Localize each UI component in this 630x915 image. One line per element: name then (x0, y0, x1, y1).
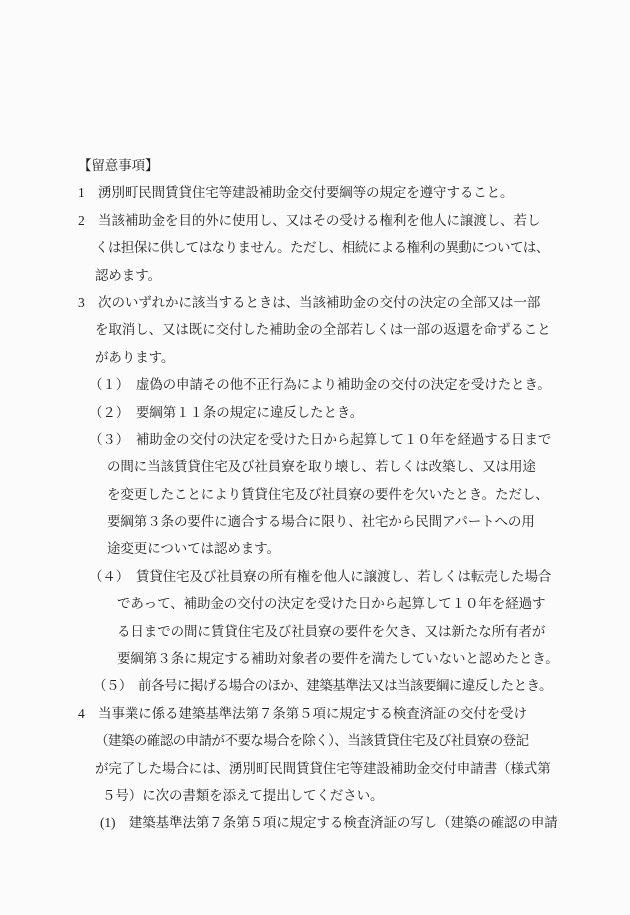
doc-line-item3-sub4-cont2: る日までの間に賃貸住宅及び社員寮の要件を欠き、又は新たな所有者が (117, 618, 630, 645)
doc-line-item3-sub3-cont2: を変更したことにより賃貸住宅及び社員寮の要件を欠いたとき。ただし、 (107, 481, 630, 508)
doc-line-item3-sub3-cont1: の間に当該賃貸住宅及び社員寮を取り壊し、若しくは改築し、又は用途 (107, 453, 630, 480)
doc-line-item2-cont1: くは担保に供してはなりません。ただし、相続による権利の異動については、 (95, 234, 630, 261)
doc-line-item3-sub5: （５） 前各号に掲げる場合のほか、建築基準法又は当該要綱に違反したとき。 (93, 672, 630, 699)
doc-line-item4-sub1: (1) 建築基準法第７条第５項に規定する検査済証の写し（建築の確認の申請 (100, 809, 630, 836)
document-page: 【留意事項】 1 湧別町民間賃貸住宅等建設補助金交付要綱等の規定を遵守すること。… (0, 0, 630, 915)
doc-line-item3-sub3-cont3: 要綱第３条の要件に適合する場合に限り、社宅から民間アパートへの用 (107, 508, 630, 535)
doc-line-item3-sub3-cont4: 途変更については認めます。 (107, 535, 630, 562)
doc-line-item4: 4 当事業に係る建築基準法第７条第５項に規定する検査済証の交付を受け (78, 700, 630, 727)
doc-line-item3-sub2: （２） 要綱第１１条の規定に違反したとき。 (89, 399, 630, 426)
notes-section: 【留意事項】 1 湧別町民間賃貸住宅等建設補助金交付要綱等の規定を遵守すること。… (0, 152, 630, 837)
doc-line-item3-cont1: を取消し、又は既に交付した補助金の全部若しくは一部の返還を命ずること (95, 316, 630, 343)
doc-line-item3-sub1: （１） 虚偽の申請その他不正行為により補助金の交付の決定を受けたとき。 (89, 371, 630, 398)
doc-line-item2-cont2: 認めます。 (95, 262, 630, 289)
doc-line-item4-cont2: が完了した場合には、湧別町民間賃貸住宅等建設補助金交付申請書（様式第 (95, 755, 630, 782)
doc-line-item3: 3 次のいずれかに該当するときは、当該補助金の交付の決定の全部又は一部 (78, 289, 630, 316)
doc-line-item1: 1 湧別町民間賃貸住宅等建設補助金交付要綱等の規定を遵守すること。 (78, 179, 630, 206)
doc-line-item3-sub4-cont3: 要綱第３条に規定する補助対象者の要件を満たしていないと認めたとき。 (117, 645, 630, 672)
doc-line-item2: 2 当該補助金を目的外に使用し、又はその受ける権利を他人に譲渡し、若し (78, 207, 630, 234)
doc-line-item3-sub4-cont1: であって、補助金の交付の決定を受けた日から起算して１０年を経過す (117, 590, 630, 617)
doc-line-item3-sub3: （３） 補助金の交付の決定を受けた日から起算して１０年を経過する日まで (89, 426, 630, 453)
doc-line-item4-cont3: ５号）に次の書類を添えて提出してください。 (102, 782, 630, 809)
doc-line-item4-cont1: （建築の確認の申請が不要な場合を除く）、当該賃貸住宅及び社員寮の登記 (95, 727, 630, 754)
doc-line-item3-cont2: があります。 (95, 344, 630, 371)
notes-heading: 【留意事項】 (78, 152, 630, 179)
doc-line-item3-sub4: （４） 賃貸住宅及び社員寮の所有権を他人に譲渡し、若しくは転売した場合 (89, 563, 630, 590)
